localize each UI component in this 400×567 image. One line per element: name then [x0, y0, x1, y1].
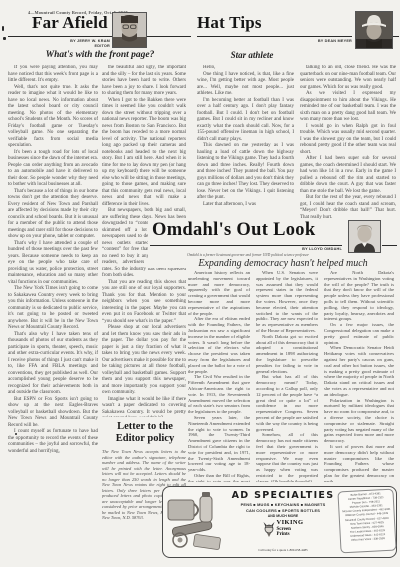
divider	[197, 36, 352, 37]
omdahl-headline: Expanding democracy hasn't helped much	[170, 258, 396, 269]
viking-brand-name: VIKING	[277, 520, 304, 527]
omdahl-column-2: When U.S. Senators were appointed by the…	[256, 270, 318, 482]
hat-tips-byline: BY DEAN MEYER	[250, 39, 352, 43]
hat-tips-headline: Star athlete	[197, 51, 307, 60]
omdahl-column-1: American history reflects an unrelenting…	[188, 270, 250, 482]
viking-brand: VIKING Screen Prints	[237, 520, 329, 537]
letter-policy-title-line1: Letter to the	[117, 421, 173, 432]
scan-mark	[3, 37, 6, 40]
viking-brand-sub2: Prints	[277, 532, 304, 537]
ad-phone-list: Burke Banner - 873-4381Center Republican…	[337, 489, 396, 554]
hat-tips-title: Hat Tips	[197, 14, 262, 31]
ad-tagline: Call today for a quote 1-800-658-4485	[223, 548, 343, 552]
viking-mascot-icon	[263, 521, 275, 537]
lloyd-omdahl-photo	[348, 220, 381, 253]
scan-mark	[2, 26, 4, 31]
omdahl-title: Omdahl's Out Look	[152, 221, 315, 240]
dean-meyer-photo	[355, 11, 393, 49]
ad-products-line-2: CAN COOLERS ■ SPORTS BOTTLES	[223, 508, 343, 513]
divider	[147, 36, 191, 37]
ad-products-line-3: AND MUCH MORE	[223, 514, 343, 518]
omdahl-credit: Omdahl is a former lieutenant governor a…	[150, 253, 346, 257]
far-afield-byline-role: EDITOR	[30, 44, 110, 48]
hat-tips-column-2: talking to an old, close friend. He was …	[300, 65, 396, 223]
hat-tips-column-1: Hello,One thing I have noticed, is that,…	[197, 65, 294, 220]
portrait-illustration	[113, 13, 146, 47]
omdahl-column-3: Are North Dakota's representatives in Wa…	[324, 270, 394, 482]
letter-policy-title: Letter to the Editor policy	[102, 421, 188, 445]
ad-title: AD SPECIALTIES	[227, 490, 339, 501]
divider	[382, 245, 397, 246]
portrait-illustration	[356, 12, 392, 48]
omdahl-byline: BY LLOYD OMDAHL	[218, 247, 342, 251]
portrait-illustration	[349, 221, 380, 252]
far-afield-byline: BY JERRY W. KRAM	[30, 39, 110, 43]
divider	[393, 36, 399, 37]
product-collage-image	[166, 490, 226, 552]
ad-products-line-1: PENS ■ MUGS ■ KEYCHAINS ■ MAGNETS	[223, 502, 343, 507]
omdahl-header-band: Omdahl's Out Look BY LLOYD OMDAHL Omdahl…	[148, 219, 398, 268]
jerry-kram-photo	[112, 12, 147, 48]
letter-policy-title-line2: Editor policy	[116, 433, 174, 444]
far-afield-column-1: If you were paying attention, you may ha…	[8, 65, 98, 517]
far-afield-title: Far Afield	[32, 14, 108, 31]
far-afield-headline: What's with the front page?	[8, 51, 192, 61]
ad-specialties-box: AD SPECIALTIES PENS ■ MUGS ■ KEYCHAINS ■…	[162, 486, 397, 558]
divider	[8, 36, 112, 37]
